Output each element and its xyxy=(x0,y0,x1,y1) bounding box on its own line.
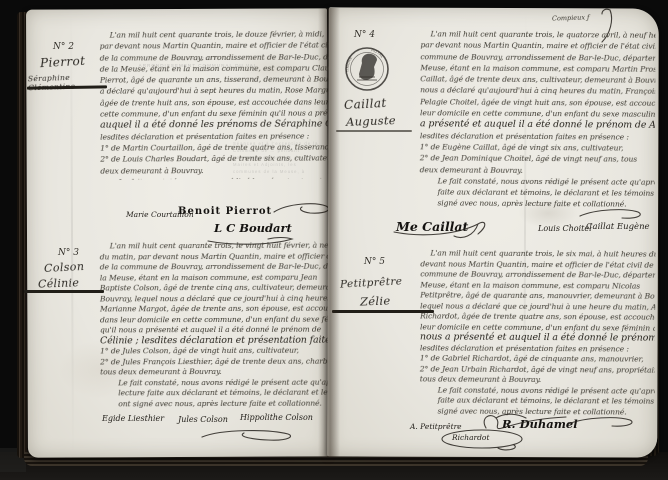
handwritten-line: a déclaré qu'aujourd'hui à sept heures d… xyxy=(100,85,329,97)
handwritten-line: commune de Bouvray, arrondissement de Ba… xyxy=(420,269,655,281)
handwritten-line: la Meuse, étant en la maison commune, es… xyxy=(100,272,329,283)
entry-number: N° 4 xyxy=(354,30,375,40)
entry-number: N° 3 xyxy=(58,248,79,258)
handwritten-line: tous deux demeurant à Bouvray. xyxy=(100,367,329,378)
signature-flourish xyxy=(578,206,646,226)
handwritten-line: nous a présenté et auquel il a été donné… xyxy=(420,332,655,344)
signature-circle xyxy=(440,428,530,456)
handwritten-line: 2° de Jean Dominique Choitel, âgé de vin… xyxy=(420,153,655,166)
timbre-royal-stamp: TIMBRE ROYAL xyxy=(344,46,390,96)
handwritten-line: Petitprêtre, âgé de quarante ans, manouv… xyxy=(420,290,655,302)
handwritten-line: Célinie ; lesdites déclaration et présen… xyxy=(100,335,329,346)
margin-surname: Colson xyxy=(44,260,85,275)
handwritten-line: du matin, par devant nous Martin Quantin… xyxy=(100,251,329,262)
book-gutter-shadow xyxy=(318,8,340,457)
handwritten-line: par devant nous Martin Quantin, maire et… xyxy=(420,40,655,53)
handwritten-line: 2° de Jules François Liesthier, âgé de t… xyxy=(100,356,329,367)
margin-surname: Pierrot xyxy=(40,54,86,70)
act-body-entry-2: L'an mil huit cent quarante trois, le do… xyxy=(100,28,330,179)
margin-surname: Caillat xyxy=(344,96,387,112)
act-body-entry-5: L'an mil huit cent quarante trois, le si… xyxy=(420,248,656,417)
signature-swash xyxy=(390,214,490,244)
signature: Jules Colson xyxy=(178,415,228,424)
handwritten-line: Marianne Margot, âgée de trente ans, son… xyxy=(100,304,329,315)
act-body-entry-4: L'an mil huit cent quarante trois, le qu… xyxy=(419,28,655,213)
handwritten-line: L'an mil huit cent quarante trois, le vi… xyxy=(100,241,329,252)
signature-flourish xyxy=(566,414,638,434)
margin-underline xyxy=(332,310,434,313)
handwritten-line: a présenté et auquel il a été donné le p… xyxy=(420,119,655,132)
handwritten-line: 1° de Jules Colson, âgé de vingt huit an… xyxy=(100,346,329,357)
margin-underline xyxy=(336,130,412,132)
handwritten-line: Baptiste Colson, âgé de trente cinq ans,… xyxy=(100,283,329,294)
entry-number: N° 2 xyxy=(53,42,74,52)
margin-underline xyxy=(24,290,104,293)
handwritten-line: tous deux demeurant à Bouvray. xyxy=(420,374,655,386)
handwritten-line: Bouvray, lequel nous a déclaré que ce jo… xyxy=(100,293,329,304)
act-body-entry-3: L'an mil huit cent quarante trois, le vi… xyxy=(100,241,330,412)
handwritten-line: 1° de Gabriel Richardot, âgé de cinquant… xyxy=(420,353,655,365)
handwritten-line: auquel il a été donné les prénoms de Sér… xyxy=(100,119,329,131)
entry-number: N° 5 xyxy=(364,257,385,267)
margin-firstname: Zélie xyxy=(360,293,391,308)
handwritten-line: ont signé avec nous, après lecture faite… xyxy=(118,398,329,409)
signature-flourish xyxy=(198,427,298,449)
corner-annotation: Compieux ƒ xyxy=(552,13,590,22)
handwritten-line: de la commune de Bouvray, arrondissement… xyxy=(100,262,329,273)
handwritten-line: faite aux déclarant et témoins, le décla… xyxy=(438,395,655,407)
margin-firstname: Célinie xyxy=(38,276,80,290)
signature: Hippolithe Colson xyxy=(240,413,313,422)
register-scan: DE LA MEUSE,ARRONDISSEMENT COMMUNAL DU V… xyxy=(0,0,668,480)
margin-firstname: Séraphine Clémentine xyxy=(28,72,107,93)
handwritten-line: lecture faite aux déclarant et témoins, … xyxy=(118,388,329,399)
margin-firstname: Auguste xyxy=(346,113,396,129)
handwritten-line: Richardot, âgée de trente quatre ans, so… xyxy=(420,311,655,323)
signature: Egide Liesthier xyxy=(102,414,164,423)
signature: Benoit Pierrot xyxy=(178,206,272,217)
handwritten-line: par devant nous Martin Quantin, maire et… xyxy=(100,40,329,52)
handwritten-line: L'an mil huit cent quarante trois, le si… xyxy=(420,248,655,260)
handwritten-line: dans leur domicile en cette commune, d'u… xyxy=(100,314,329,325)
handwritten-line: Le fait constaté, nous avons rédigé le p… xyxy=(118,377,329,388)
handwritten-line: 2° de Louis Charles Boudart, âgé de tren… xyxy=(100,153,329,165)
